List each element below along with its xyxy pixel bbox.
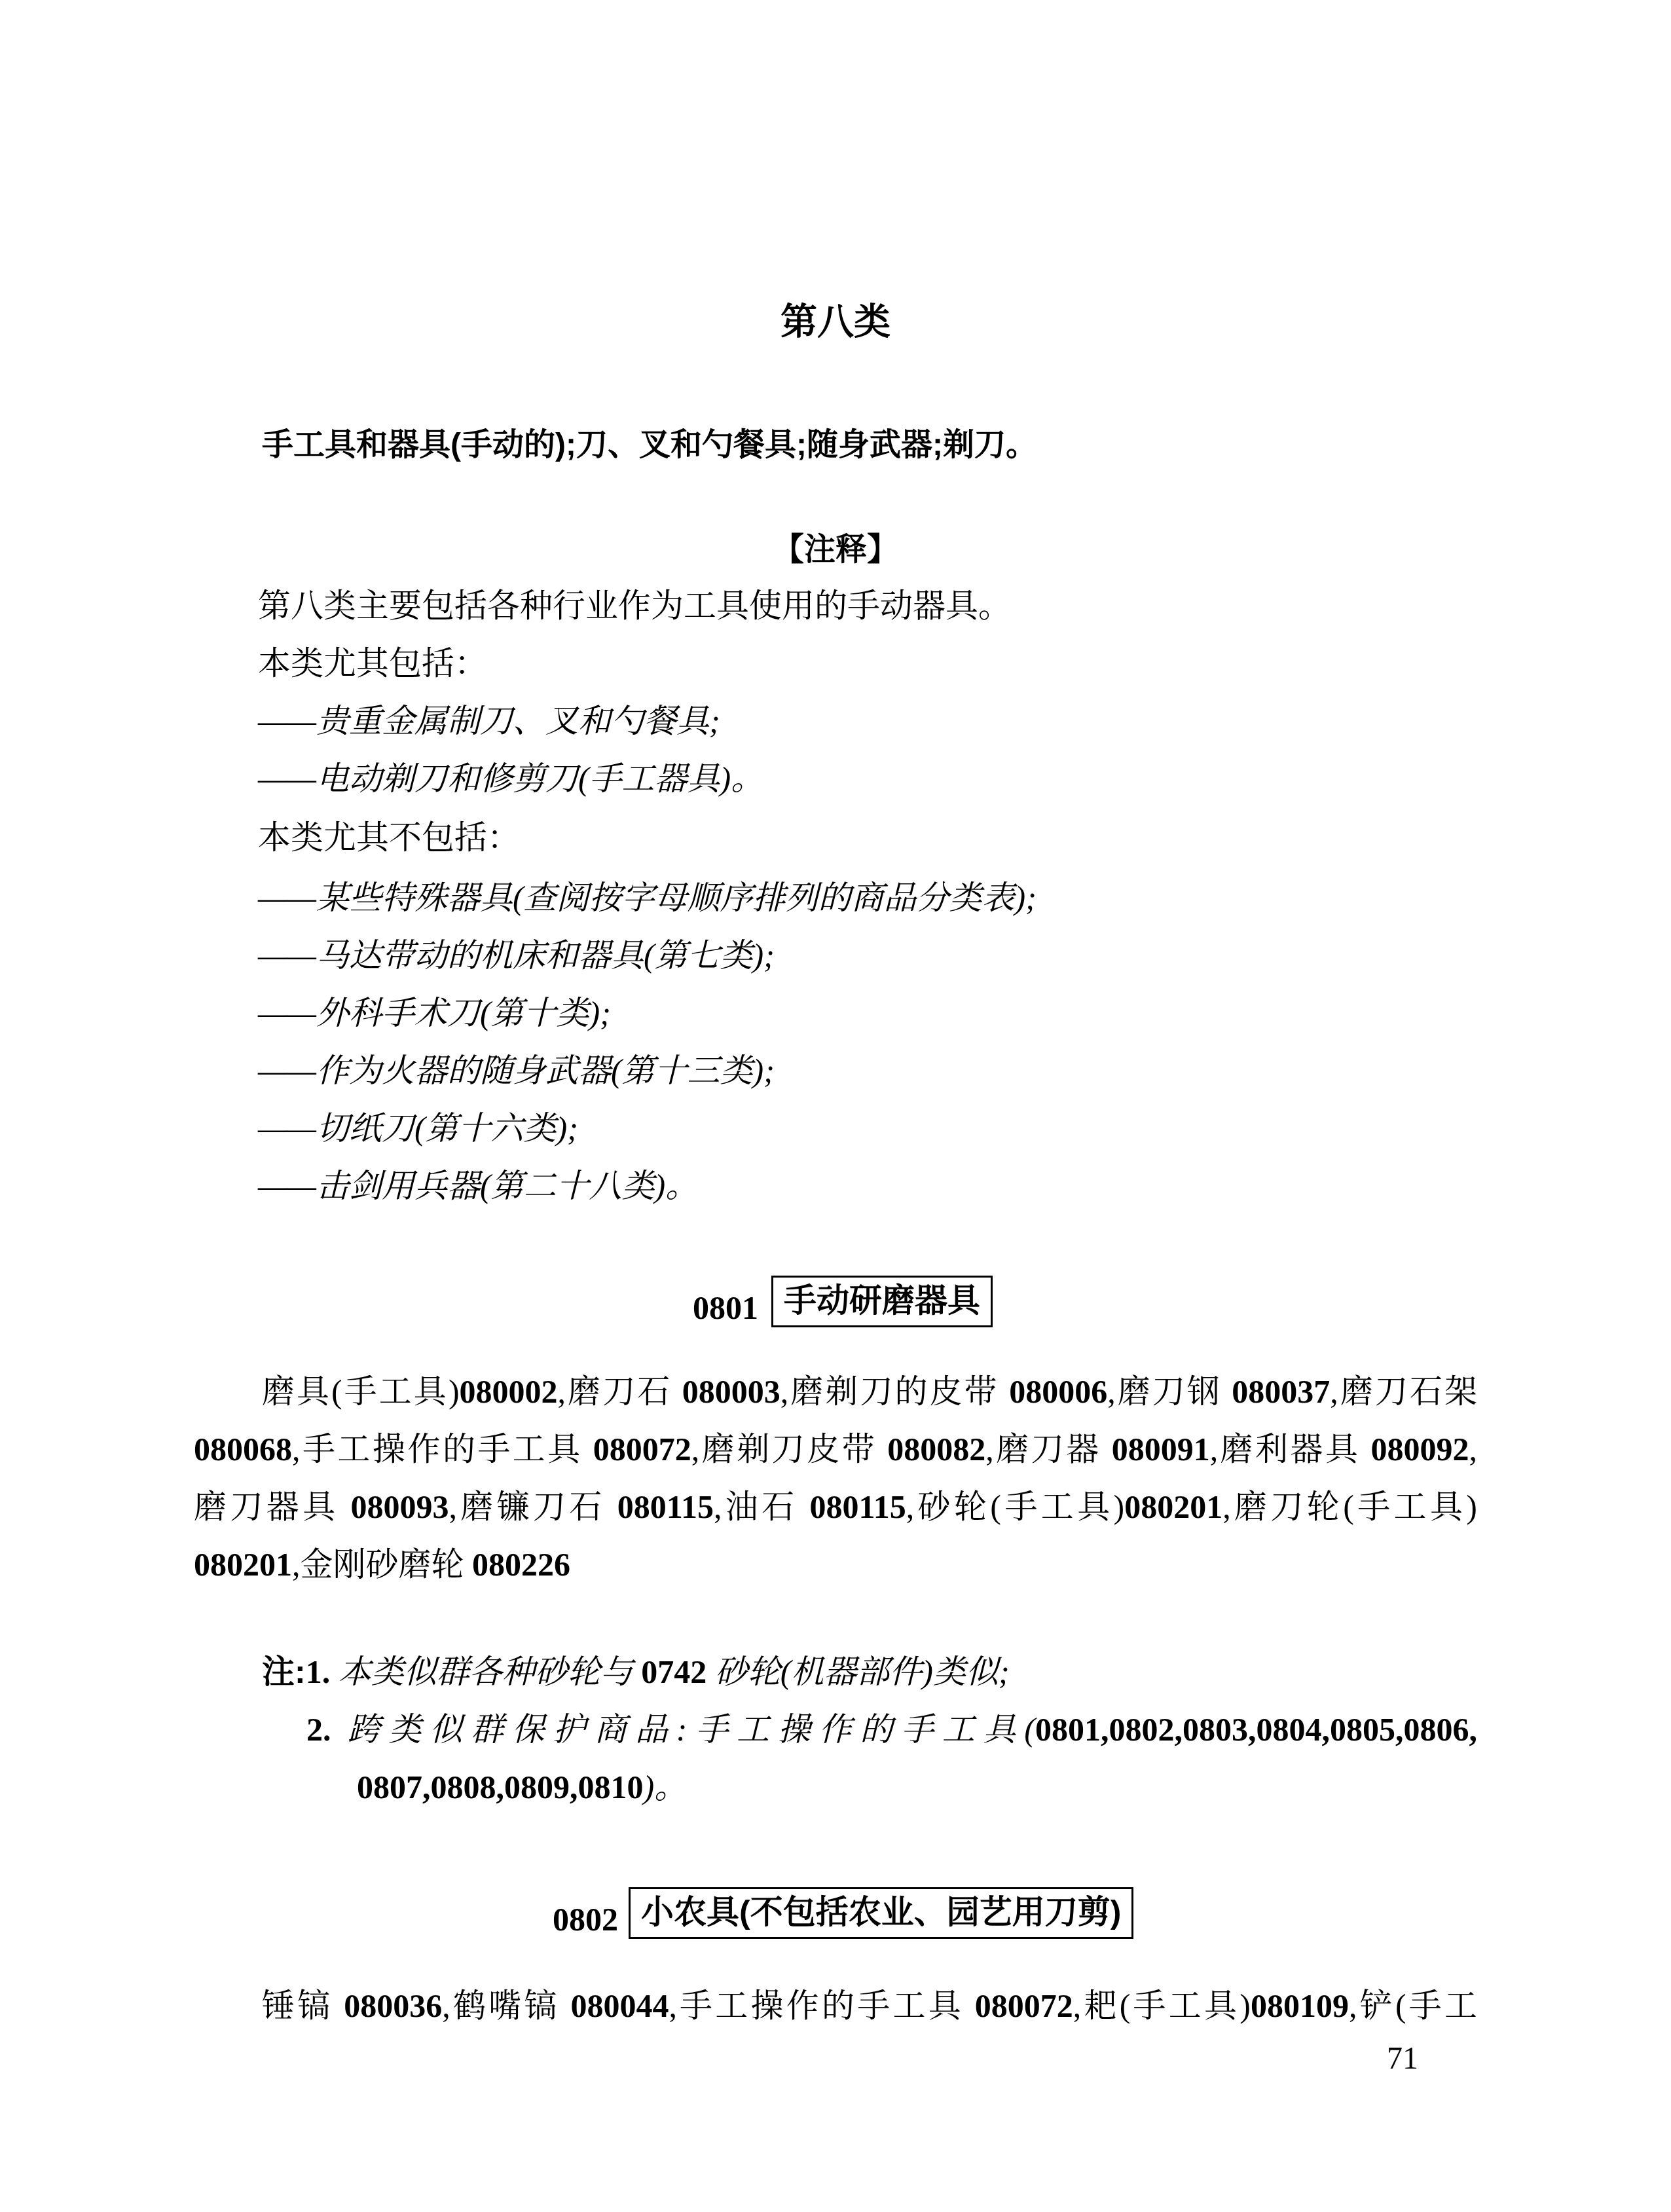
goods-line: 080068,手工操作的手工具 080072,磨剃刀皮带 080082,磨刀器 …	[194, 1430, 1477, 1469]
group-name-box-0802: 小农具(不包括农业、园艺用刀剪)	[629, 1887, 1133, 1939]
exclude-item: ——作为火器的随身武器(第十三类);	[258, 1052, 775, 1090]
note-line: 注:1. 本类似群各种砂轮与 0742 砂轮(机器部件)类似;	[262, 1653, 1010, 1691]
goods-line: 磨具(手工具)080002,磨刀石 080003,磨剃刀的皮带 080006,磨…	[262, 1373, 1477, 1411]
group-name-box-0801: 手动研磨器具	[771, 1276, 993, 1327]
include-item: ——电动剃刀和修剪刀(手工器具)。	[258, 760, 763, 798]
exclude-item: ——外科手术刀(第十类);	[258, 994, 611, 1033]
notes-header: 【注释】	[0, 532, 1671, 569]
note-line: 2. 跨类似群保护商品:手工操作的手工具(0801,0802,0803,0804…	[306, 1710, 1477, 1749]
note-line: 0807,0808,0809,0810)。	[357, 1768, 687, 1807]
exclude-item: ——某些特殊器具(查阅按字母顺序排列的商品分类表);	[258, 879, 1037, 917]
excludes-label: 本类尤其不包括：	[258, 819, 520, 857]
goods-line: 080201,金刚砂磨轮 080226	[194, 1545, 570, 1584]
include-item: ——贵重金属制刀、叉和勺餐具;	[258, 702, 720, 741]
page-title: 第八类	[0, 300, 1671, 343]
class-subtitle: 手工具和器具(手动的);刀、叉和勺餐具;随身武器;剃刀。	[262, 427, 1037, 464]
group-code-0802: 0802	[553, 1900, 618, 1939]
document-page: 第八类 手工具和器具(手动的);刀、叉和勺餐具;随身武器;剃刀。 【注释】 第八…	[0, 0, 1671, 2212]
exclude-item: ——切纸刀(第十六类);	[258, 1109, 578, 1148]
goods-line: 锤镐 080036,鹤嘴镐 080044,手工操作的手工具 080072,耙(手…	[262, 1987, 1477, 2025]
includes-label: 本类尤其包括：	[258, 644, 487, 683]
notes-intro: 第八类主要包括各种行业作为工具使用的手动器具。	[258, 587, 1011, 625]
page-number: 71	[1387, 2040, 1418, 2078]
exclude-item: ——击剑用兵器(第二十八类)。	[258, 1167, 698, 1206]
group-code-0801: 0801	[693, 1289, 758, 1327]
goods-line: 磨刀器具 080093,磨镰刀石 080115,油石 080115,砂轮(手工具…	[194, 1488, 1477, 1526]
exclude-item: ——马达带动的机床和器具(第七类);	[258, 936, 775, 975]
